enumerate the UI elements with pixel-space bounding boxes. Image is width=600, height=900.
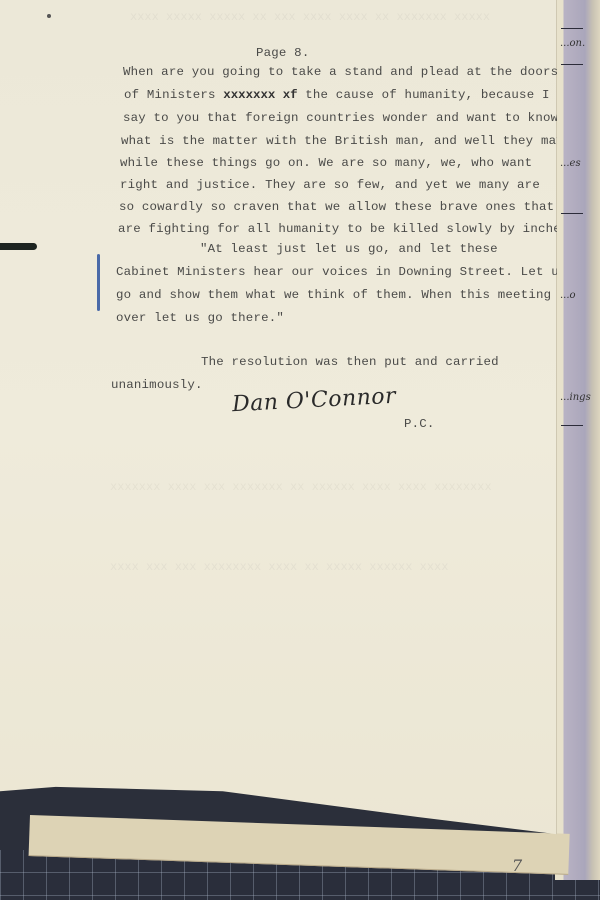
binding-thread	[0, 243, 37, 250]
text-segment: the cause of humanity, because I	[298, 88, 550, 102]
handwritten-fragment: ...on.	[560, 38, 585, 49]
text-line: say to you that foreign countries wonder…	[123, 112, 558, 124]
text-line: while these things go on. We are so many…	[120, 157, 532, 169]
handwritten-signature: Dan O'Connor	[231, 384, 396, 418]
ruled-line	[561, 425, 583, 426]
stacked-file-pages: ...on. ...es ...o ...ings	[555, 0, 600, 880]
folio-number: 7	[512, 856, 522, 875]
text-line: go and show them what we think of them. …	[116, 289, 574, 301]
typed-document-page: xxxx xxxxx xxxxx xx xxx xxxx xxxx xx xxx…	[0, 0, 557, 860]
blue-pencil-margin-mark	[97, 254, 100, 311]
ruled-line	[561, 213, 583, 214]
text-line: unanimously.	[111, 379, 203, 391]
text-line: "At least just let us go, and let these	[200, 243, 498, 255]
handwritten-fragment: ...o	[560, 290, 576, 301]
handwritten-fragment: ...ings	[560, 392, 591, 403]
struck-out-text: xxxxxxx xf	[223, 88, 297, 102]
text-line: When are you going to take a stand and p…	[123, 66, 558, 78]
punch-hole	[47, 14, 51, 18]
page-number-heading: Page 8.	[256, 47, 309, 59]
text-segment: of Ministers	[124, 88, 223, 102]
text-line: The resolution was then put and carried	[201, 356, 499, 368]
signature-title: P.C.	[404, 418, 435, 430]
ruled-line	[561, 64, 583, 65]
text-line: so cowardly so craven that we allow thes…	[119, 201, 554, 213]
text-line-with-strikeout: of Ministers xxxxxxx xf the cause of hum…	[124, 89, 550, 101]
handwritten-fragment: ...es	[560, 158, 581, 169]
text-line: right and justice. They are so few, and …	[120, 179, 540, 191]
text-line: what is the matter with the British man,…	[121, 135, 564, 147]
text-line: Cabinet Ministers hear our voices in Dow…	[116, 266, 567, 278]
ruled-line	[561, 28, 583, 29]
text-line: are fighting for all humanity to be kill…	[118, 223, 576, 235]
text-line: over let us go there."	[116, 312, 284, 324]
